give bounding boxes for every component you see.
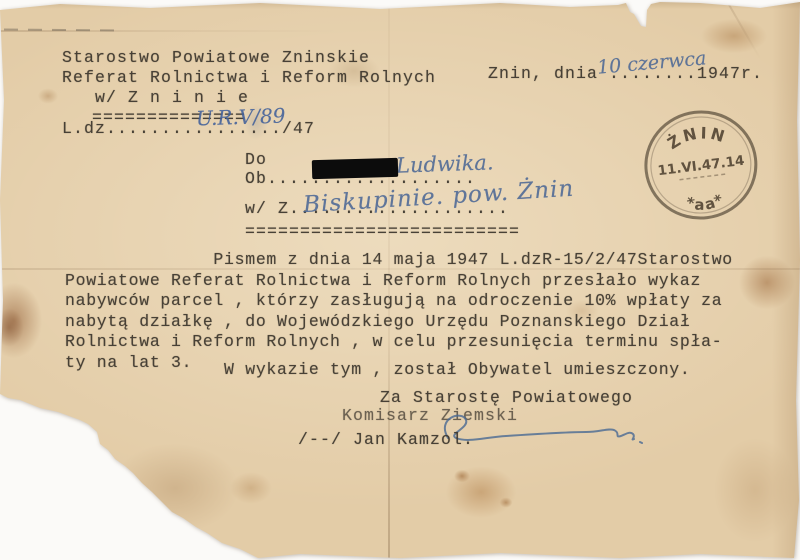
- stain: [498, 496, 514, 509]
- edge-darkening-top: [0, 0, 800, 9]
- stain: [728, 245, 800, 320]
- stain: [700, 420, 800, 560]
- stain: [452, 468, 472, 484]
- stain: [0, 300, 30, 355]
- stain: [222, 466, 280, 510]
- stain: [35, 86, 61, 106]
- letterhead-line-1: Starostwo Powiatowe Zninskie: [62, 48, 370, 68]
- document-paper: Starostwo Powiatowe Zninskie Referat Rol…: [0, 0, 800, 560]
- stamp-date: 11.VI.47.14: [657, 153, 746, 180]
- body-line: nabytą działkę , do Wojewódzkiego Urzędu…: [65, 312, 691, 332]
- pencil-mark: [4, 28, 124, 31]
- paper-shadow-wrap: Starostwo Powiatowe Zninskie Referat Rol…: [0, 0, 800, 560]
- stain: [0, 268, 53, 373]
- postmark-stamp: ŻNIN 11.VI.47.14 *aa*: [629, 96, 773, 237]
- recipient-to-label: Do: [245, 150, 267, 170]
- handwritten-name: Ludwika.: [396, 150, 494, 177]
- signed-name: /--/ Jan Kamzol.: [298, 430, 474, 450]
- body-line: Pismem z dnia 14 maja 1947 L.dzR-15/2/47…: [65, 250, 733, 270]
- body-line: Powiatowe Referat Rolnictwa i Reform Rol…: [65, 271, 701, 291]
- body-line: Rolnictwa i Reform Rolnych , w celu prze…: [65, 332, 722, 352]
- stain: [432, 456, 530, 528]
- handwritten-reference: U.R.V/89: [196, 103, 286, 130]
- redaction-bar: [312, 158, 398, 179]
- scanned-document: Starostwo Powiatowe Zninskie Referat Rol…: [0, 0, 800, 560]
- letterhead-line-2: Referat Rolnictwa i Reform Rolnych: [62, 68, 436, 88]
- fold-line-diagonal-top-right: [725, 0, 762, 60]
- closing-line-1: Za Starostę Powiatowego: [380, 388, 633, 408]
- edge-darkening-right: [772, 0, 800, 560]
- body-line: nabywców parcel , którzy zasługują na od…: [65, 291, 722, 311]
- stain: [90, 428, 260, 548]
- recipient-divider: =========================: [245, 222, 520, 242]
- body-line: W wykazie tym , został Obywatel umieszcz…: [65, 360, 691, 380]
